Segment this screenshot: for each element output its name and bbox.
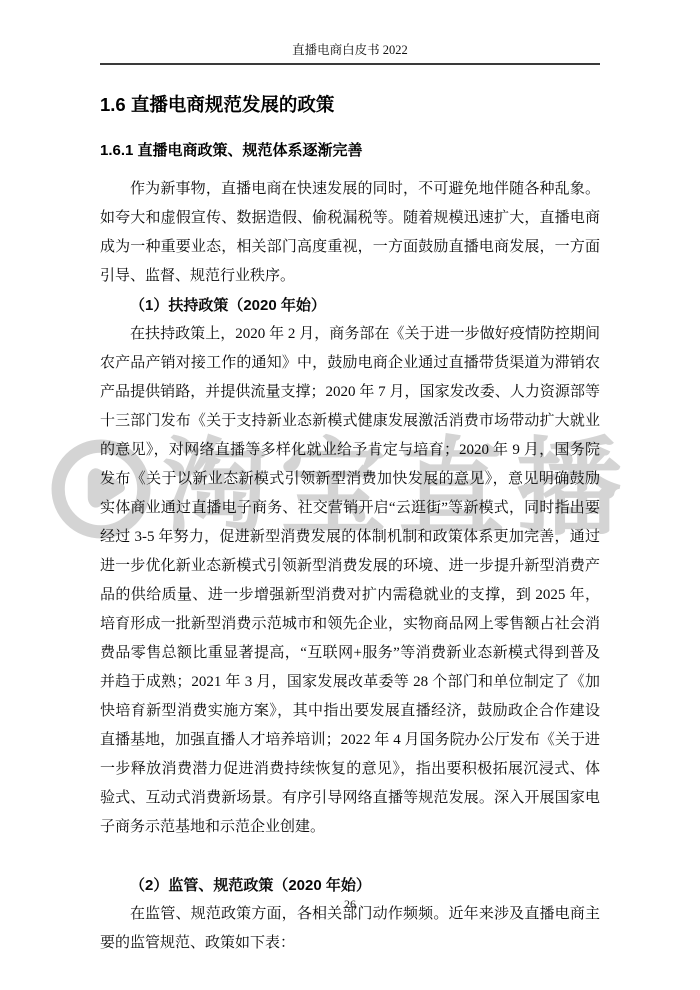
document-title: 直播电商白皮书 2022 — [292, 43, 408, 57]
running-header: 直播电商白皮书 2022 — [100, 42, 600, 65]
intro-paragraph: 作为新事物，直播电商在快速发展的同时，不可避免地伴随各种乱象。如夸大和虚假宣传、… — [100, 175, 600, 291]
page-number: 26 — [344, 897, 356, 911]
regulation-policy-title: （2）监管、规范政策（2020 年始） — [100, 871, 600, 900]
section-heading: 1.6 直播电商规范发展的政策 — [100, 92, 600, 118]
support-policy-title: （1）扶持政策（2020 年始） — [100, 291, 600, 320]
spacer — [100, 842, 600, 871]
page-content: 1.6 直播电商规范发展的政策 1.6.1 直播电商政策、规范体系逐渐完善 作为… — [100, 92, 600, 958]
subsection-heading: 1.6.1 直播电商政策、规范体系逐渐完善 — [100, 140, 600, 162]
support-policy-body: 在扶持政策上，2020 年 2 月，商务部在《关于进一步做好疫情防控期间农产品产… — [100, 320, 600, 842]
page-footer: 26 — [0, 897, 700, 912]
document-page: { "header": { "title": "直播电商白皮书 2022" },… — [0, 0, 700, 990]
